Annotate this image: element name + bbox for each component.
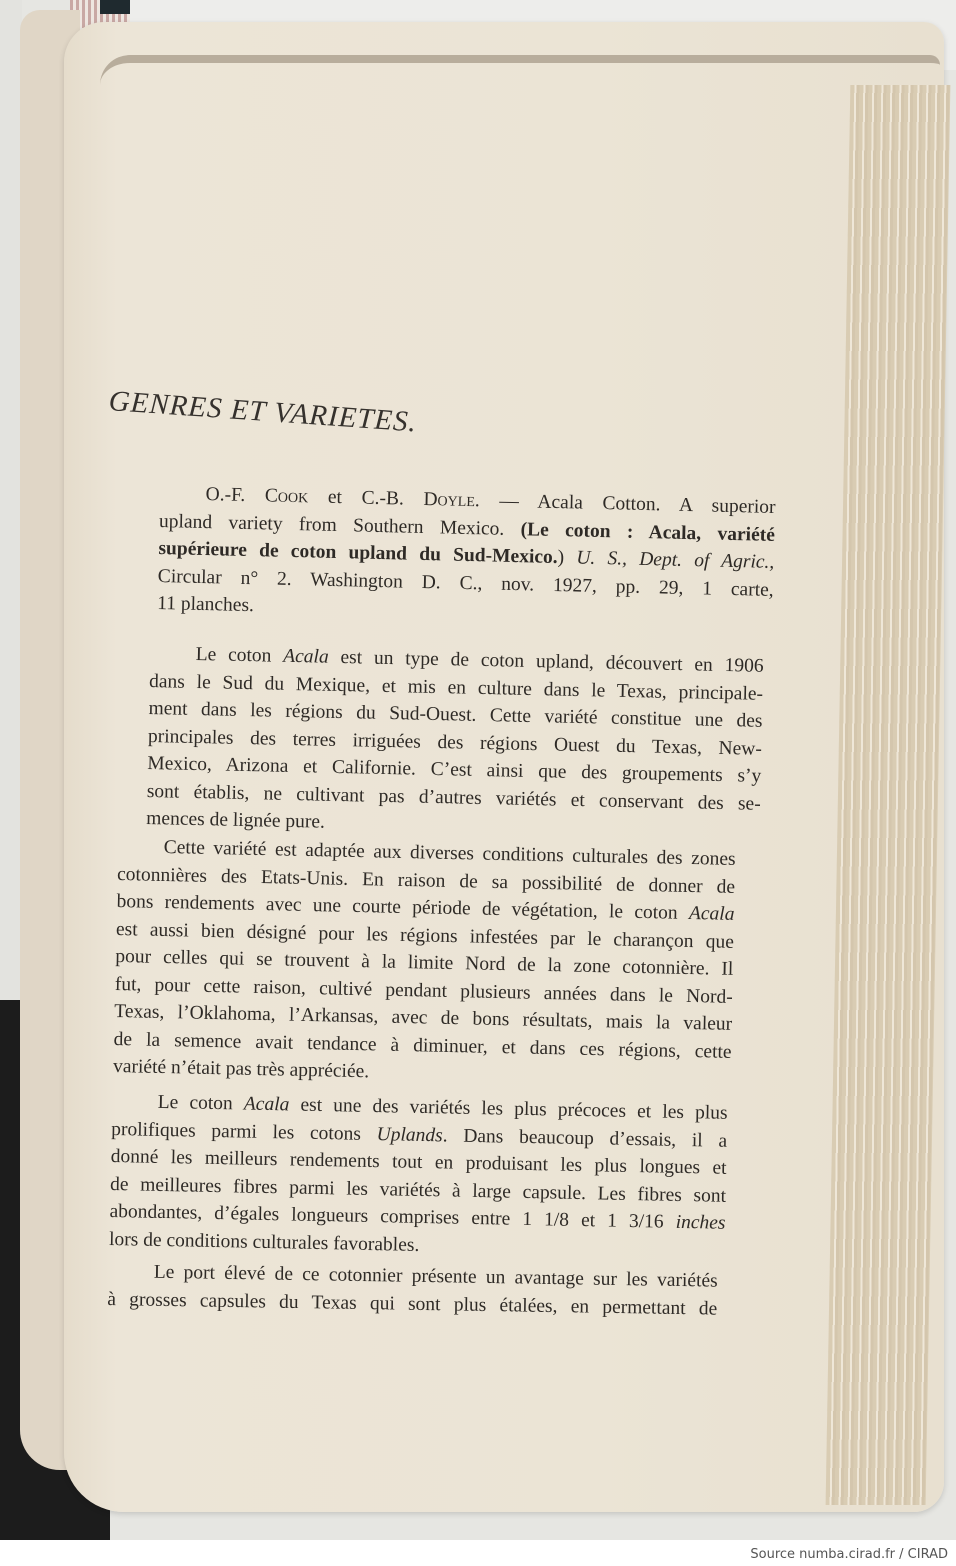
- author-name: Cook: [265, 485, 309, 507]
- paragraph-2: Cette variété est adaptée aux diverses c…: [113, 833, 736, 1093]
- section-heading: GENRES ET VARIETES.: [108, 385, 418, 439]
- source-credit: Source numba.cirad.fr / CIRAD: [750, 1547, 948, 1562]
- paragraph-3: Le coton Acala est une des variétés les …: [109, 1088, 728, 1265]
- publisher: U. S., Dept. of Agric.,: [576, 547, 774, 572]
- bibliographic-reference: O.-F. Cook et C.-B. Doyle. — Acala Cotto…: [157, 480, 776, 631]
- french-title: (Le coton : Acala, variété: [520, 519, 775, 546]
- paragraph-1: Le coton Acala est un type de coton upla…: [146, 640, 764, 845]
- paragraph-4: Le port élevé de ce cotonnier présente u…: [107, 1258, 718, 1323]
- author-name: Doyle: [423, 489, 475, 511]
- page-content: GENRES ET VARIETES. O.-F. Cook et C.-B. …: [0, 0, 956, 1566]
